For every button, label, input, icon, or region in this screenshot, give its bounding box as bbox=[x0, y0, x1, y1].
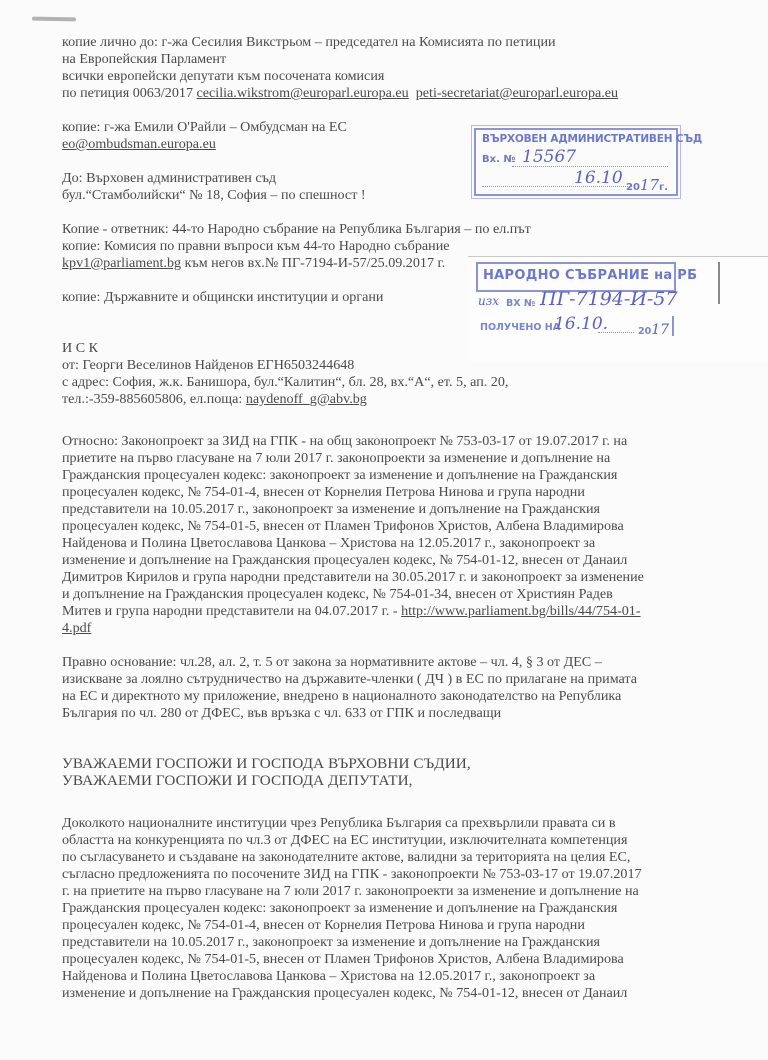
stamp-supreme-administrative-court: ВЪРХОВЕН АДМИНИСТРАТИВЕН СЪД Вх. № 15567… bbox=[474, 128, 678, 196]
email-link-kpv[interactable]: kpv1@parliament.bg bbox=[62, 255, 181, 271]
ombudsman-line: копие: г-жа Емили О'Райли – Омбудсман на… bbox=[62, 119, 347, 135]
stamp-year-suffix: г. bbox=[659, 182, 668, 193]
stamp-year-prefix: 20 bbox=[626, 182, 640, 193]
subject-line: представители на 10.05.2017 г., законопр… bbox=[62, 501, 600, 517]
claimant-address: с адрес: София, ж.к. Банишора, бул.“Кали… bbox=[62, 374, 508, 390]
commission-line: копие: Комисия по правни въпроси към 44-… bbox=[62, 238, 450, 254]
subject-line-text: Митев и група народни представители на 0… bbox=[62, 603, 401, 619]
stamp-handwritten-year: 17 bbox=[640, 176, 659, 194]
salutation-deputies: УВАЖАЕМИ ГОСПОЖИ И ГОСПОДА ДЕПУТАТИ, bbox=[62, 773, 413, 789]
bill-pdf-link[interactable]: http://www.parliament.bg/bills/44/754-01… bbox=[401, 603, 640, 619]
stamp-dotted-line bbox=[598, 332, 634, 333]
body-line: г. на приетите на първо гласуване на 7 ю… bbox=[62, 883, 639, 899]
claimant-line: от: Георги Веселинов Найденов ЕГН6503244… bbox=[62, 357, 354, 373]
staple-mark bbox=[32, 17, 76, 22]
body-line: процесуален кодекс, № 754-01-4, внесен о… bbox=[62, 917, 585, 933]
scanned-document-page: копие лично до: г-жа Сесилия Викстрьом –… bbox=[0, 0, 768, 1060]
copy-recipient-line: копие лично до: г-жа Сесилия Викстрьом –… bbox=[62, 34, 556, 50]
stamp-title: НАРОДНО СЪБРАНИЕ на РБ bbox=[483, 268, 697, 283]
stamp-national-assembly-fields: изх ВХ № ПГ-7194-И-57 ПОЛУЧЕНО НА 16.10.… bbox=[478, 292, 678, 342]
commission-reference: към негов вх.№ ПГ-7194-И-57/25.09.2017 г… bbox=[181, 255, 445, 271]
stamp-handwritten-prefix: изх bbox=[478, 294, 499, 308]
petition-number: по петиция 0063/2017 bbox=[62, 85, 197, 101]
body-line: по съгласуването и създаване на законода… bbox=[62, 849, 630, 865]
stamp-received-label: ПОЛУЧЕНО НА bbox=[480, 322, 560, 333]
subject-line: процесуален кодекс, № 754-01-5, внесен о… bbox=[62, 518, 624, 534]
subject-line: процесуален кодекс, № 754-01-4, внесен о… bbox=[62, 484, 585, 500]
sheet-edge-shadow bbox=[718, 262, 720, 304]
commission-contact-line: kpv1@parliament.bg към негов вх.№ ПГ-719… bbox=[62, 255, 445, 271]
body-line: изменение и допълнение на Гражданския пр… bbox=[62, 985, 627, 1001]
subject-line: Димитров Кирилов и група народни предста… bbox=[62, 569, 644, 585]
stamp-handwritten-number: ПГ-7194-И-57 bbox=[540, 288, 678, 310]
stamp-number-label: Вх. № bbox=[482, 154, 515, 165]
body-line: съгласно предложенията по посочените ЗИД… bbox=[62, 866, 642, 882]
body-line: Доколкото националните институции чрез Р… bbox=[62, 815, 616, 831]
stamp-border-fragment bbox=[672, 316, 674, 336]
email-link-ombudsman[interactable]: eo@ombudsman.europa.eu bbox=[62, 136, 216, 152]
stamp-handwritten-date: 16.10. bbox=[554, 314, 608, 334]
respondent-line: Копие - ответник: 44-то Народно събрание… bbox=[62, 221, 531, 237]
stamp-number-label: ВХ № bbox=[506, 298, 535, 309]
body-line: представители на 10.05.2017 г., законопр… bbox=[62, 934, 600, 950]
stamp-handwritten-number: 15567 bbox=[522, 147, 576, 167]
legal-basis-line: изискване за лоялно сътрудничество на дъ… bbox=[62, 671, 637, 687]
subject-line: Относно: Законопроект за ЗИД на ГПК - на… bbox=[62, 433, 627, 449]
legal-basis-line: България по чл. 280 от ДФЕС, във връзка … bbox=[62, 705, 501, 721]
stamp-handwritten-year: 17 bbox=[651, 322, 669, 338]
copy-recipient-line: на Европейския Парламент bbox=[62, 51, 226, 67]
subject-line: изменение и допълнение на Гражданския пр… bbox=[62, 552, 627, 568]
claim-title: И С К bbox=[62, 340, 98, 356]
email-link-claimant[interactable]: naydenoff_g@abv.bg bbox=[246, 391, 367, 407]
subject-line: и допълнение на Гражданския процесуален … bbox=[62, 586, 613, 602]
addressee-address: бул.“Стамболийски“ № 18, София – по спеш… bbox=[62, 187, 366, 203]
subject-line: Найденова и Полина Цветославова Цанкова … bbox=[62, 535, 595, 551]
subject-line: приетите на първо гласуване на 7 юли 201… bbox=[62, 450, 610, 466]
body-line: областта на конкуренцията по чл.3 от ДФЕ… bbox=[62, 832, 627, 848]
stamp-year: 2017г. bbox=[626, 176, 668, 194]
legal-basis-line: на ЕС и директното му приложение, внедре… bbox=[62, 688, 621, 704]
email-link-wikstrom[interactable]: cecilia.wikstrom@europarl.europa.eu bbox=[197, 85, 409, 101]
claimant-contact: тел.:-359-885605806, ел.поща: naydenoff_… bbox=[62, 391, 367, 407]
subject-line: Митев и група народни представители на 0… bbox=[62, 603, 641, 619]
addressee-line: До: Върховен административен съд bbox=[62, 170, 276, 186]
body-line: процесуален кодекс, № 754-01-5, внесен о… bbox=[62, 951, 624, 967]
copy-recipient-line: всички европейски депутати към посоченат… bbox=[62, 68, 384, 84]
body-line: Гражданския процесуален кодекс: законопр… bbox=[62, 900, 617, 916]
stamp-handwritten-date: 16.10 bbox=[574, 168, 623, 188]
stamp-year-prefix: 20 bbox=[638, 326, 651, 337]
email-link-peti-secretariat[interactable]: peti-secretariat@europarl.europa.eu bbox=[416, 85, 618, 101]
institutions-line: копие: Държавните и общински институции … bbox=[62, 289, 383, 305]
bill-pdf-link-continuation[interactable]: 4.pdf bbox=[62, 620, 91, 636]
stamp-year: 2017 bbox=[638, 322, 669, 338]
subject-line: Гражданския процесуален кодекс: законопр… bbox=[62, 467, 617, 483]
salutation-judges: УВАЖАЕМИ ГОСПОЖИ И ГОСПОДА ВЪРХОВНИ СЪДИ… bbox=[62, 756, 471, 772]
stamp-title: ВЪРХОВЕН АДМИНИСТРАТИВЕН СЪД bbox=[482, 133, 702, 145]
claimant-phone: тел.:-359-885605806, ел.поща: bbox=[62, 391, 246, 407]
legal-basis-line: Правно основание: чл.28, ал. 2, т. 5 от … bbox=[62, 654, 602, 670]
petition-line: по петиция 0063/2017 cecilia.wikstrom@eu… bbox=[62, 85, 618, 101]
body-line: Найденова и Полина Цветославова Цанкова … bbox=[62, 968, 595, 984]
